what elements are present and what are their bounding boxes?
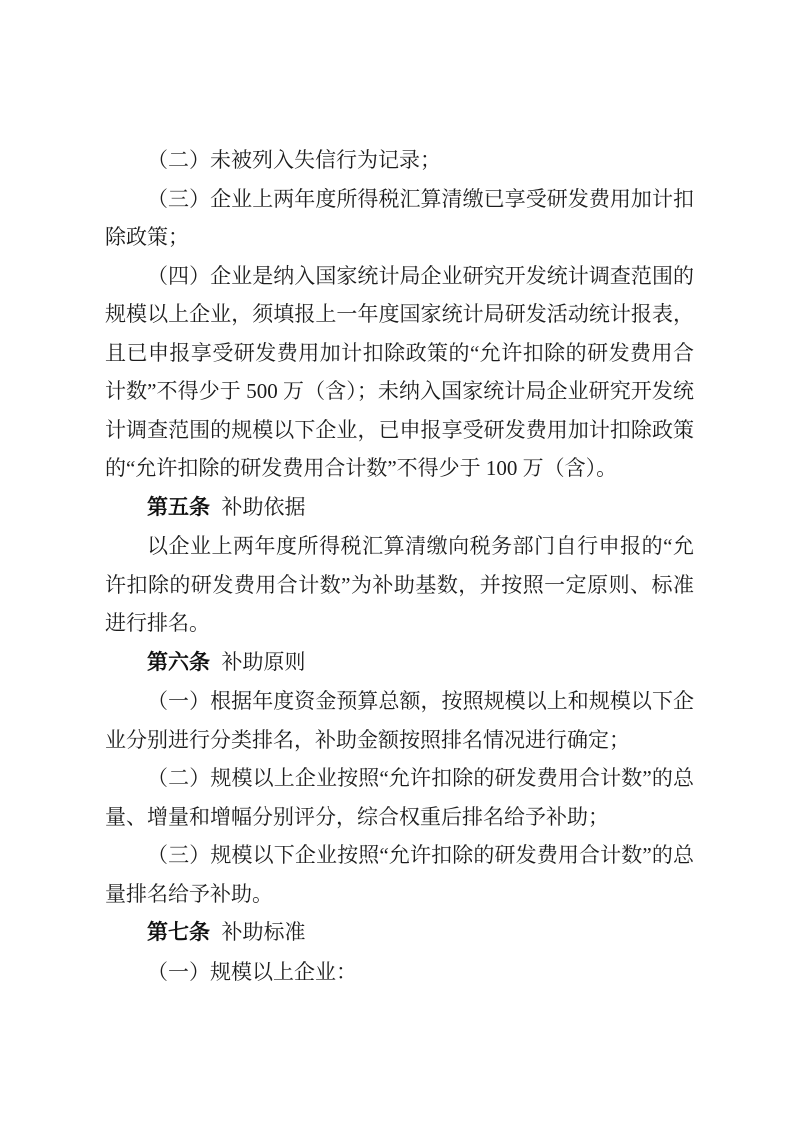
body-paragraph: （二）未被列入失信行为记录； <box>105 141 694 180</box>
body-paragraph: （一）规模以上企业： <box>105 953 694 992</box>
article-heading: 第七条补助标准 <box>105 913 694 953</box>
body-paragraph: （二）规模以上企业按照“允许扣除的研发费用合计数”的总量、增量和增幅分别评分，综… <box>105 759 694 836</box>
article-title-text: 补助原则 <box>222 650 306 674</box>
body-paragraph: （四）企业是纳入国家统计局企业研究开发统计调查范围的规模以上企业，须填报上一年度… <box>105 257 694 488</box>
document-page: （二）未被列入失信行为记录；（三）企业上两年度所得税汇算清缴已享受研发费用加计扣… <box>0 0 794 1123</box>
body-paragraph: 以企业上两年度所得税汇算清缴向税务部门自行申报的“允许扣除的研发费用合计数”为补… <box>105 527 694 643</box>
article-heading: 第六条补助原则 <box>105 643 694 683</box>
body-paragraph: （三）企业上两年度所得税汇算清缴已享受研发费用加计扣除政策； <box>105 180 694 257</box>
article-number-label: 第七条 <box>147 921 210 944</box>
article-number-label: 第五条 <box>147 496 210 519</box>
document-body: （二）未被列入失信行为记录；（三）企业上两年度所得税汇算清缴已享受研发费用加计扣… <box>105 141 694 991</box>
article-number-label: 第六条 <box>147 651 210 674</box>
article-title-text: 补助标准 <box>222 920 306 944</box>
body-paragraph: （一）根据年度资金预算总额，按照规模以上和规模以下企业分别进行分类排名，补助金额… <box>105 682 694 759</box>
article-title-text: 补助依据 <box>222 495 306 519</box>
article-heading: 第五条补助依据 <box>105 488 694 528</box>
body-paragraph: （三）规模以下企业按照“允许扣除的研发费用合计数”的总量排名给予补助。 <box>105 836 694 913</box>
